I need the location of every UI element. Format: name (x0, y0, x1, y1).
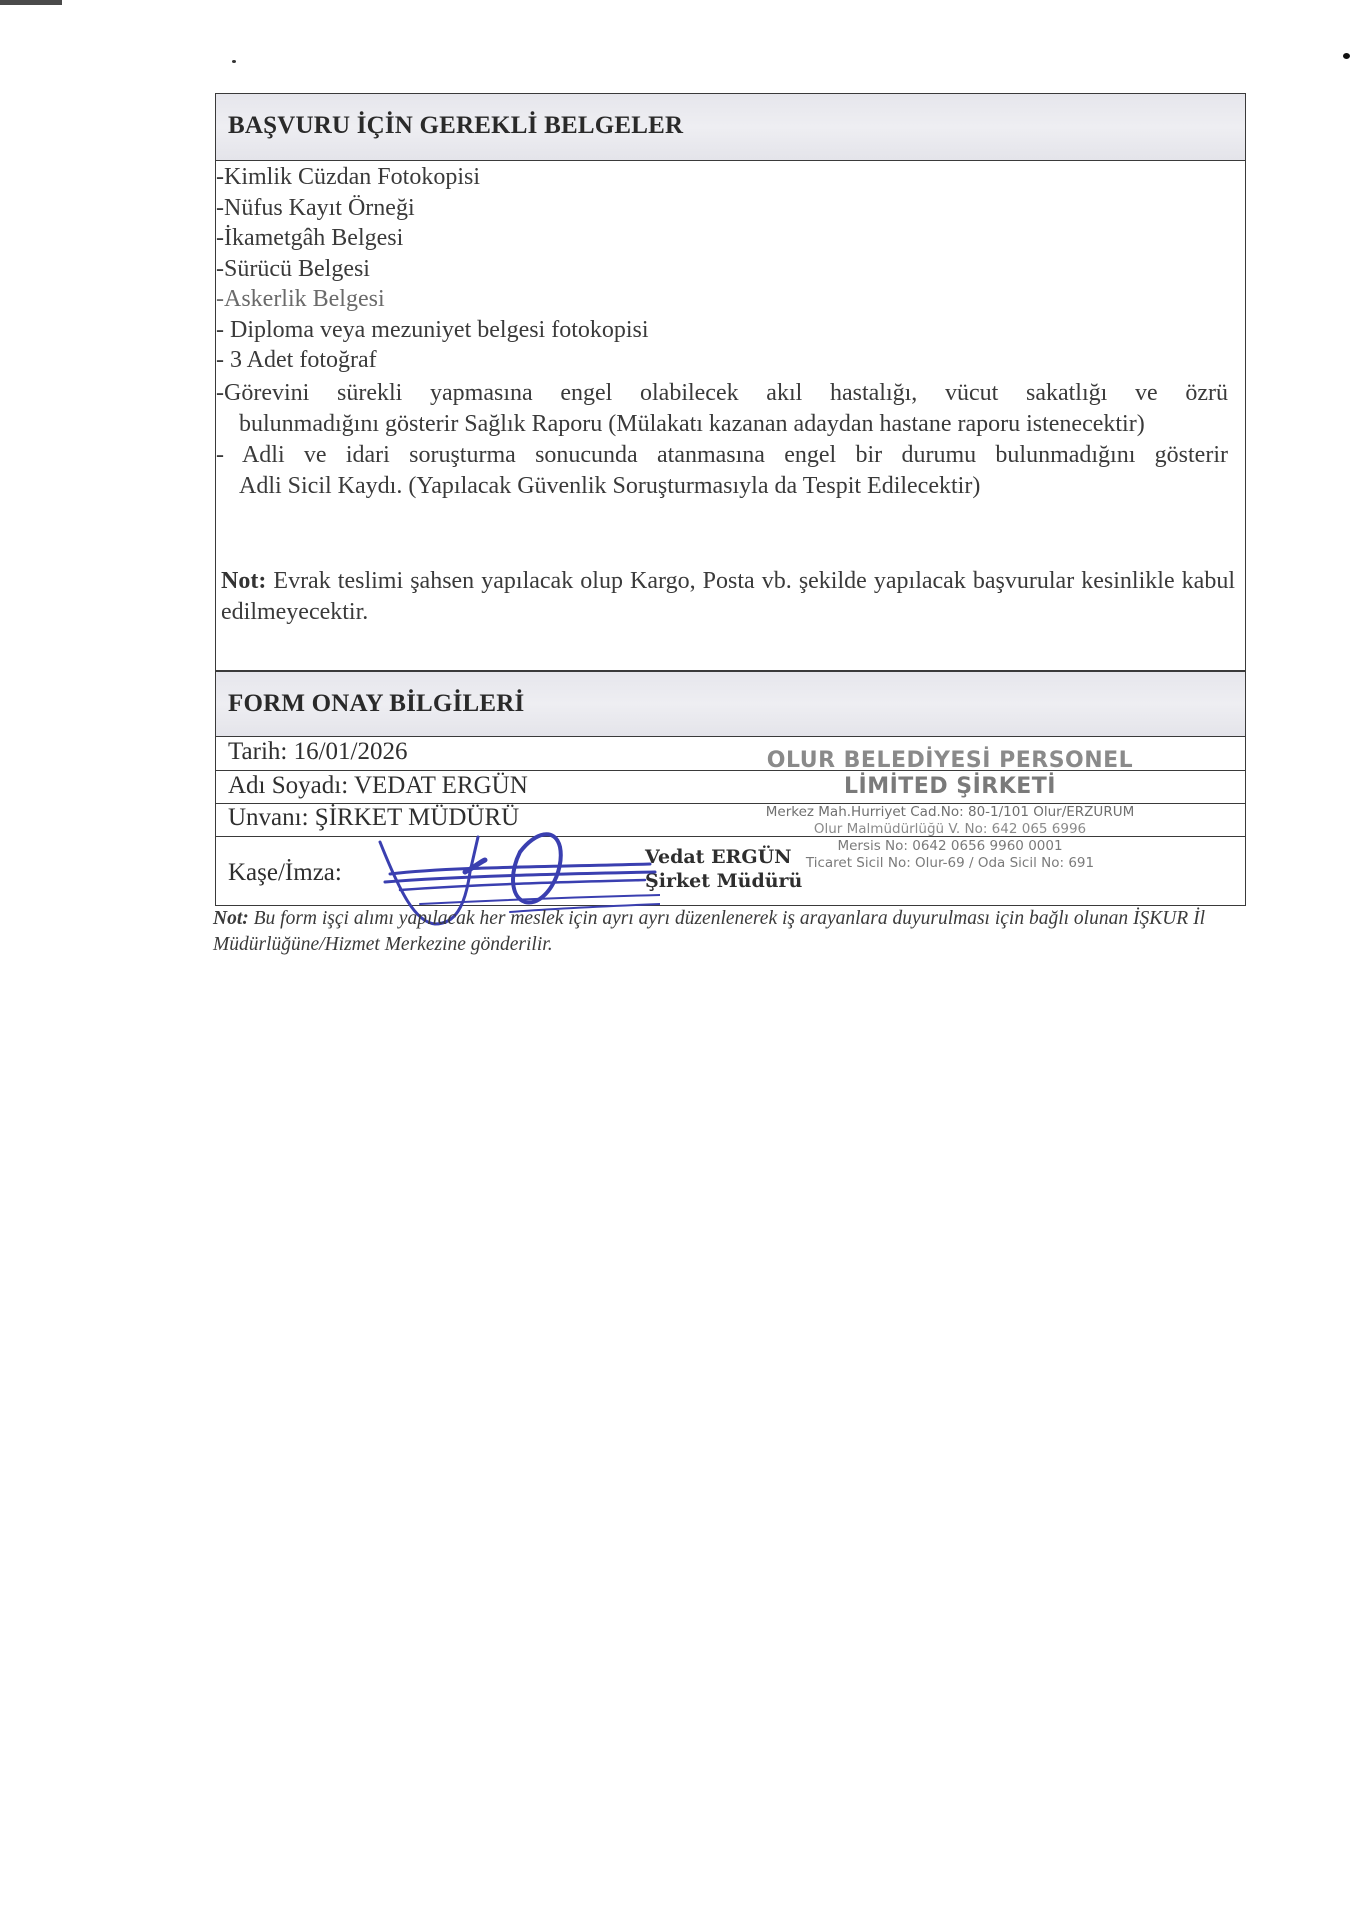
stamp-company-line1: OLUR BELEDİYESİ PERSONEL (760, 748, 1140, 774)
required-documents-list: -Kimlik Cüzdan Fotokopisi -Nüfus Kayıt Ö… (216, 162, 1245, 502)
name-field: Adı Soyadı: VEDAT ERGÜN (228, 772, 528, 800)
signatory-stamp: Vedat ERGÜN Şirket Müdürü (645, 845, 802, 893)
section-title: FORM ONAY BİLGİLERİ (228, 690, 524, 718)
list-item-line: bulunmadığını gösterir Sağlık Raporu (Mü… (216, 409, 1228, 440)
note-text: Evrak teslimi şahsen yapılacak olup Karg… (221, 568, 1235, 625)
stamp-tax-number: Olur Malmüdürlüğü V. No: 642 065 6996 (760, 821, 1140, 838)
list-item: -Nüfus Kayıt Örneği (216, 193, 1245, 224)
signatory-position: Şirket Müdürü (645, 869, 802, 893)
date-field: Tarih: 16/01/2026 (228, 738, 407, 766)
required-documents-section: BAŞVURU İÇİN GEREKLİ BELGELER -Kimlik Cü… (215, 93, 1246, 670)
scan-edge-artifact (0, 0, 62, 5)
list-item: -Askerlik Belgesi (216, 284, 1245, 315)
section-title: BAŞVURU İÇİN GEREKLİ BELGELER (228, 112, 683, 140)
footnote-text: Bu form işçi alımı yapılacak her meslek … (213, 908, 1205, 955)
list-item: - Diploma veya mezuniyet belgesi fotokop… (216, 315, 1245, 346)
footnote: Not: Bu form işçi alımı yapılacak her me… (213, 906, 1243, 958)
company-stamp: OLUR BELEDİYESİ PERSONEL LİMİTED ŞİRKETİ… (760, 748, 1140, 872)
signatory-name: Vedat ERGÜN (645, 845, 802, 869)
stamp-address: Merkez Mah.Hurriyet Cad.No: 80-1/101 Olu… (760, 804, 1140, 821)
list-item: -Kimlik Cüzdan Fotokopisi (216, 162, 1245, 193)
stamp-registry-number: Ticaret Sicil No: Olur-69 / Oda Sicil No… (760, 855, 1140, 872)
list-item-line: Adli Sicil Kaydı. (Yapılacak Güvenlik So… (216, 471, 1228, 502)
required-documents-header: BAŞVURU İÇİN GEREKLİ BELGELER (216, 94, 1245, 161)
note-label: Not: (221, 568, 266, 594)
scan-speck (1343, 53, 1350, 59)
stamp-company-line2: LİMİTED ŞİRKETİ (760, 774, 1140, 800)
stamp-mersis-number: Mersis No: 0642 0656 9960 0001 (760, 838, 1140, 855)
form-approval-header: FORM ONAY BİLGİLERİ (216, 671, 1245, 737)
list-item-health-report: -Görevini sürekli yapmasına engel olabil… (216, 378, 1228, 440)
footnote-label: Not: (213, 908, 249, 929)
stamp-signature-label: Kaşe/İmza: (228, 859, 342, 887)
list-item-criminal-record: - Adli ve idari soruşturma sonucunda ata… (216, 440, 1228, 502)
list-item: - 3 Adet fotoğraf (216, 345, 1245, 376)
list-item: -İkametgâh Belgesi (216, 223, 1245, 254)
list-item: -Sürücü Belgesi (216, 254, 1245, 285)
list-item-line: -Görevini sürekli yapmasına engel olabil… (216, 378, 1228, 409)
scan-speck (232, 60, 236, 63)
list-item-line: - Adli ve idari soruşturma sonucunda ata… (216, 440, 1228, 471)
delivery-note: Not: Evrak teslimi şahsen yapılacak olup… (221, 566, 1235, 628)
